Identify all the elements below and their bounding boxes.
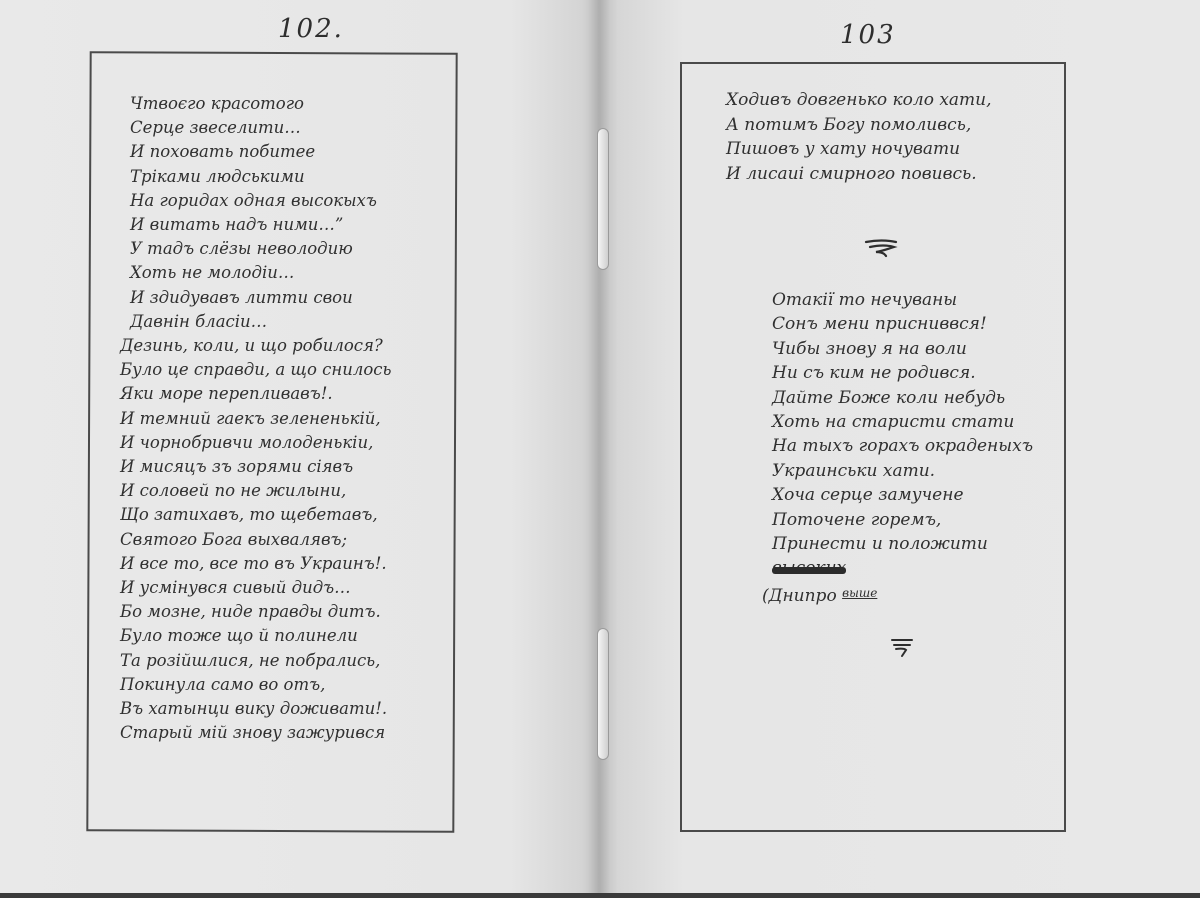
verse-line: И темний гаекъ зелененькій, — [120, 407, 510, 431]
sign-off-prefix: ( — [762, 586, 769, 606]
verse-line: Отакії то нечуваны — [772, 288, 1033, 312]
verse-line: Святого Бога выхвалявъ; — [120, 528, 510, 552]
verse-block-left: Чтвоєго красотого Серце звеселити… И пох… — [130, 92, 510, 745]
struck-out-word: высоких — [772, 556, 846, 580]
scan-bottom-edge — [0, 893, 1200, 898]
sign-off-suffix: вы­ше — [842, 586, 877, 600]
sign-off: Днипро — [769, 586, 837, 606]
verse-line: Сонъ мени присниввся! — [772, 312, 1033, 336]
verse-line: Чибы знову я на воли — [772, 337, 1033, 361]
verse-line: Бо мозне, ниде правды дитъ. — [120, 600, 510, 624]
verse-line: Поточене горемъ, — [772, 508, 1033, 532]
verse-line: И лисаиі смирного повивсь. — [726, 162, 992, 187]
verse-line: И соловей по не жилыни, — [120, 479, 510, 503]
verse-line: И чорнобривчи молоденькіи, — [120, 431, 510, 455]
verse-line: Принести и положити — [772, 532, 1033, 556]
verse-line: И мисяцъ зъ зорями сіявъ — [120, 455, 510, 479]
verse-line: И поховать побитее — [130, 140, 510, 164]
page-number-left: 102. — [278, 14, 344, 44]
binding-stitch-top — [597, 128, 609, 270]
verse-line: Покинула само во отъ, — [120, 673, 510, 697]
right-page: 103 Ходивъ довгенько коло хати, А потимъ… — [600, 0, 1200, 893]
verse-line: Було тоже що й полинели — [120, 624, 510, 648]
binding-stitch-bottom — [597, 628, 609, 760]
verse-line: Украинськи хати. — [772, 459, 1033, 483]
verse-line: Було це справди, а що снилось — [120, 358, 510, 382]
verse-line: высоких — [772, 556, 1033, 580]
verse-line: Тріками людськими — [130, 165, 510, 189]
verse-line: Давнін бласіи… — [130, 310, 510, 334]
verse-line: И витать надъ ними…” — [130, 213, 510, 237]
verse-line: На тыхъ горахъ окраденыхъ — [772, 434, 1033, 458]
verse-line: У тадъ слёзы неволодию — [130, 237, 510, 261]
verse-line: Яки море перепливавъ!. — [120, 382, 510, 406]
page-number-right: 103 — [840, 20, 896, 50]
verse-line: Въ хатынци вику доживати!. — [120, 697, 510, 721]
verse-line: Чтвоєго красотого — [130, 92, 510, 116]
verse-line: А потимъ Богу помоливсь, — [726, 113, 992, 138]
verse-line: На горидах одная высокыхъ — [130, 189, 510, 213]
verse-block-stanza-1: Ходивъ довгенько коло хати, А потимъ Бог… — [726, 88, 992, 186]
verse-line: Ни съ ким не родився. — [772, 361, 1033, 385]
verse-line: Та розійшлися, не побрались, — [120, 649, 510, 673]
verse-line: Хоть на старисти стати — [772, 410, 1033, 434]
underline-flourish-icon — [890, 636, 914, 658]
verse-line: Хоча серце замучене — [772, 483, 1033, 507]
flourish-divider-icon — [864, 238, 900, 258]
verse-line: Що затихавъ, то щебетавъ, — [120, 503, 510, 527]
verse-line: Серце звеселити… — [130, 116, 510, 140]
manuscript-spread: 102. Чтвоєго красотого Серце звеселити… … — [0, 0, 1200, 893]
verse-line: И здидувавъ литти свои — [130, 286, 510, 310]
left-page: 102. Чтвоєго красотого Серце звеселити… … — [0, 0, 600, 893]
verse-line: И усмінувся сивый дидъ… — [120, 576, 510, 600]
sign-off-line: (Днипро вы­ше — [762, 581, 1033, 608]
verse-line: Дайте Боже коли небудь — [772, 386, 1033, 410]
verse-block-stanza-2: Отакії то нечуваны Сонъ мени присниввся!… — [772, 288, 1033, 608]
verse-line: Пишовъ у хату ночувати — [726, 137, 992, 162]
verse-line: И все то, все то въ Украинъ!. — [120, 552, 510, 576]
verse-line: Дезинь, коли, и що робилося? — [120, 334, 510, 358]
verse-line: Ходивъ довгенько коло хати, — [726, 88, 992, 113]
verse-line: Хоть не молодіи… — [130, 261, 510, 285]
verse-line: Старый мій знову зажурився — [120, 721, 510, 745]
